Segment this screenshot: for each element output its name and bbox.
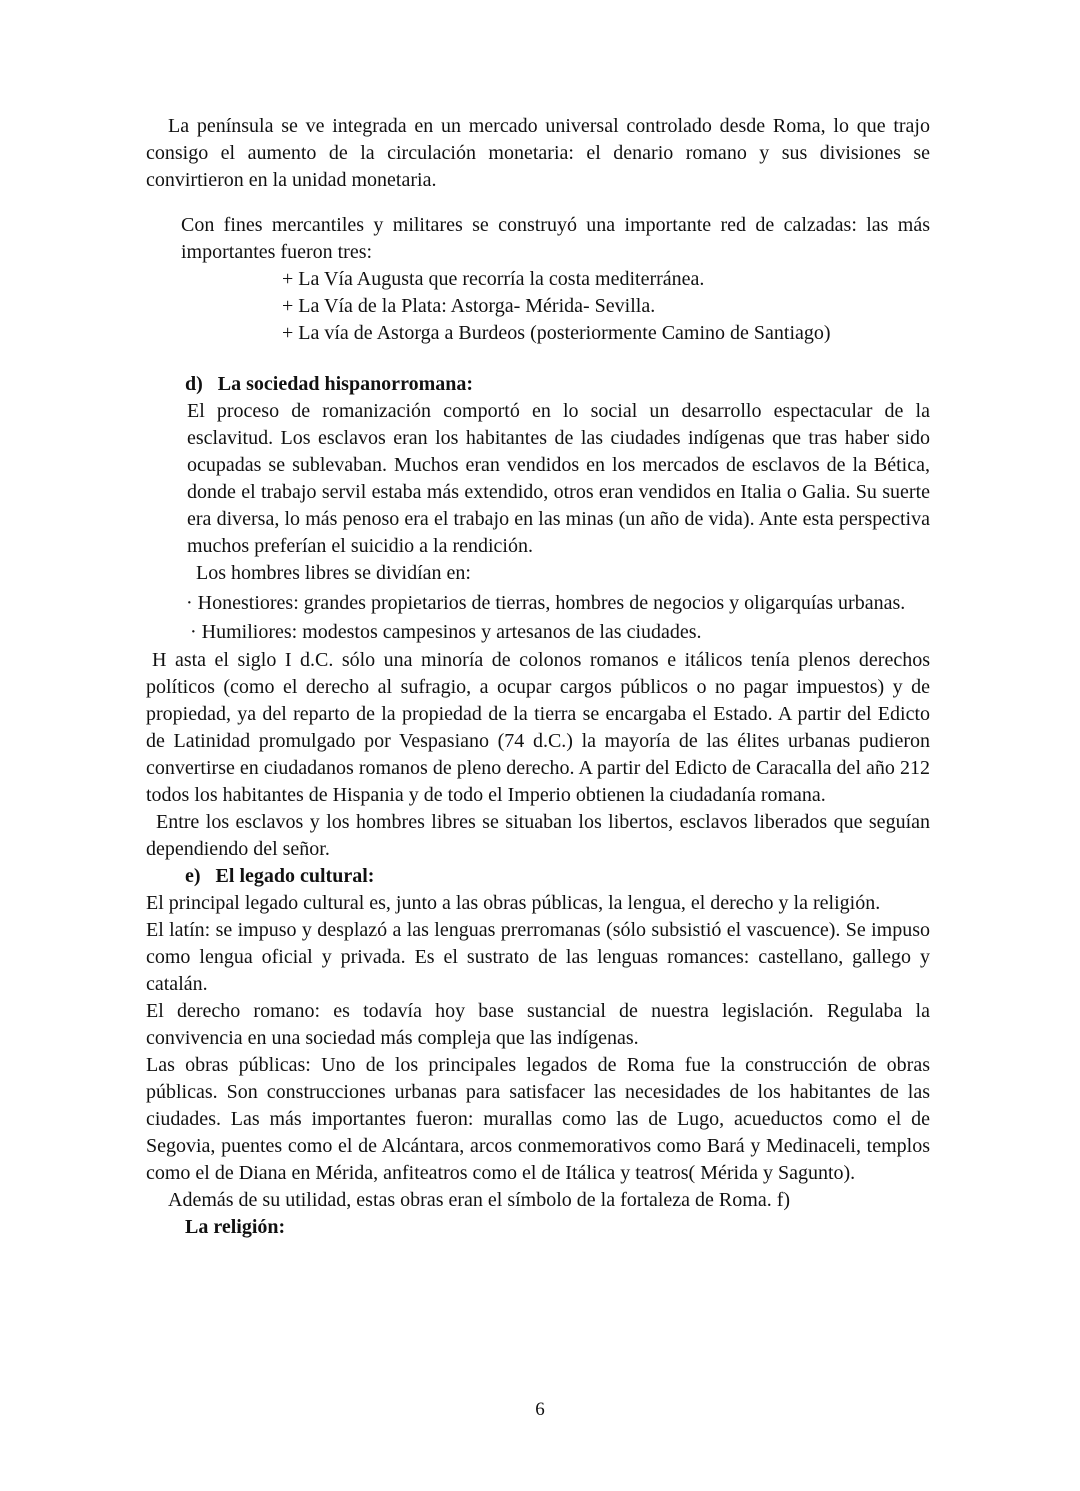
- section-heading-religion: La religión:: [185, 1214, 930, 1241]
- list-item-via-astorga-burdeos: + La vía de Astorga a Burdeos (posterior…: [282, 320, 930, 347]
- roads-list: + La Vía Augusta que recorría la costa m…: [146, 266, 930, 347]
- paragraph-utility: Además de su utilidad, estas obras eran …: [146, 1187, 930, 1214]
- bullet-honestiores: · Honestiores: grandes propietarios de t…: [218, 590, 930, 617]
- list-item-via-augusta: + La Vía Augusta que recorría la costa m…: [282, 266, 930, 293]
- paragraph-intro: La península se ve integrada en un merca…: [146, 113, 930, 194]
- section-title-society: La sociedad hispanorromana:: [218, 373, 473, 395]
- page-number: 6: [0, 1396, 1080, 1423]
- page-content: La península se ve integrada en un merca…: [146, 113, 930, 1241]
- list-item-via-plata: + La Vía de la Plata: Astorga- Mérida- S…: [282, 293, 930, 320]
- paragraph-works: Las obras públicas: Uno de los principal…: [146, 1052, 930, 1187]
- paragraph-law: El derecho romano: es todavía hoy base s…: [146, 998, 930, 1052]
- paragraph-citizenship: H asta el siglo I d.C. sólo una minoría …: [146, 647, 930, 809]
- paragraph-society: El proceso de romanización comportó en l…: [187, 398, 930, 560]
- section-marker-d: d): [185, 373, 203, 395]
- section-heading-society: d)La sociedad hispanorromana:: [185, 371, 930, 398]
- document-page: La península se ve integrada en un merca…: [0, 0, 1080, 1491]
- paragraph-libertos: Entre los esclavos y los hombres libres …: [146, 809, 930, 863]
- section-title-religion: La religión:: [185, 1216, 285, 1238]
- paragraph-legacy: El principal legado cultural es, junto a…: [146, 890, 930, 917]
- bullet-humiliores: · Humiliores: modestos campesinos y arte…: [190, 619, 930, 646]
- paragraph-latin: El latín: se impuso y desplazó a las len…: [146, 917, 930, 998]
- section-title-legacy: El legado cultural:: [216, 865, 375, 887]
- section-marker-e: e): [185, 865, 201, 887]
- paragraph-free-men: Los hombres libres se dividían en:: [196, 560, 930, 587]
- paragraph-roads-intro: Con fines mercantiles y militares se con…: [181, 212, 930, 266]
- section-heading-legacy: e)El legado cultural:: [185, 863, 930, 890]
